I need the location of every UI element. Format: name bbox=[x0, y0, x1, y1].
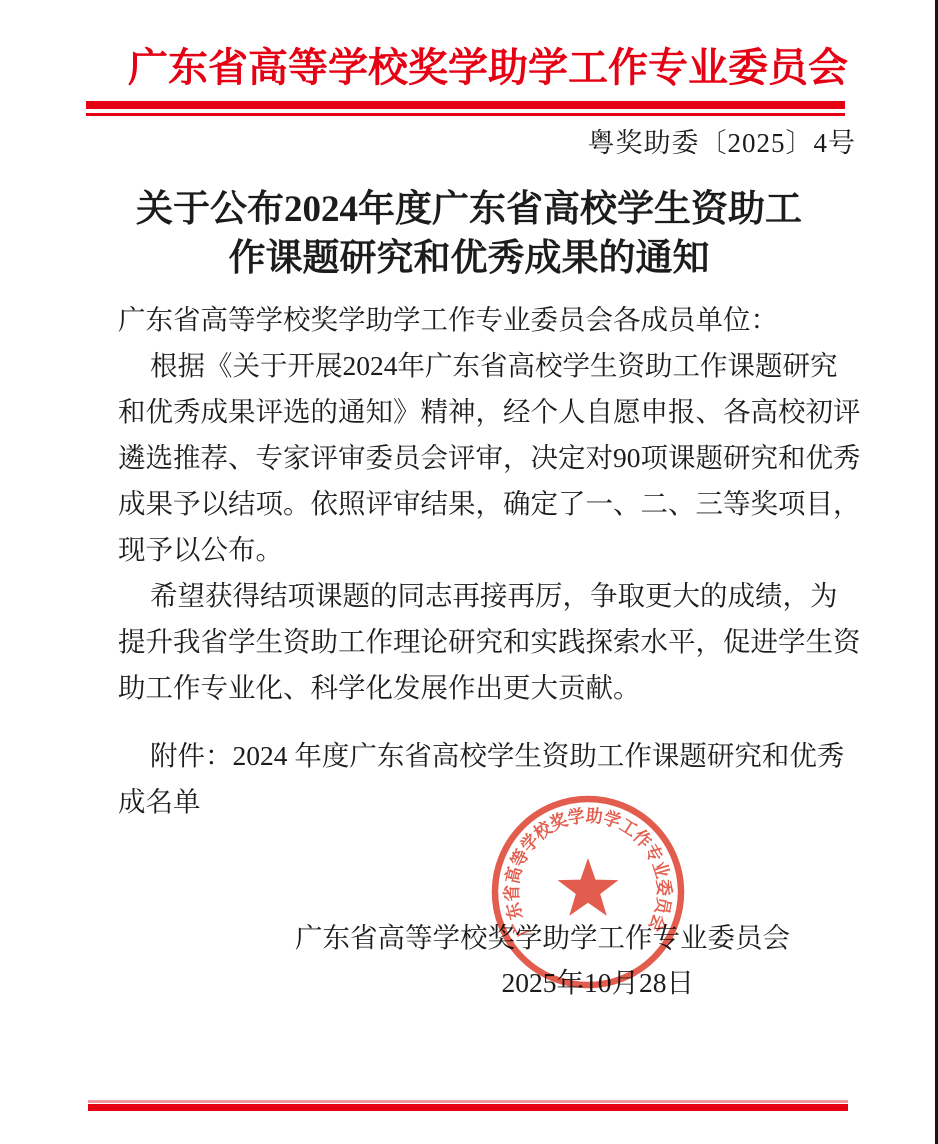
official-seal: 广东省高等学校奖学助学工作专业委员会 bbox=[483, 787, 693, 997]
star-icon bbox=[558, 858, 619, 916]
notice-title-line-1: 关于公布2024年度广东省高校学生资助工 bbox=[0, 185, 938, 234]
attachment-line: 附件：2024 年度广东省高校学生资助工作课题研究和优秀 bbox=[118, 733, 860, 779]
body-line: 和优秀成果评选的通知》精神，经个人自愿申报、各高校初评 bbox=[118, 389, 860, 435]
body-line: 根据《关于开展2024年广东省高校学生资助工作课题研究 bbox=[118, 343, 860, 389]
body-line: 助工作专业化、科学化发展作出更大贡献。 bbox=[118, 665, 860, 711]
document-page: 广东省高等学校奖学助学工作专业委员会 粤奖助委〔2025〕4号 关于公布2024… bbox=[0, 0, 938, 1144]
document-number: 粤奖助委〔2025〕4号 bbox=[588, 126, 857, 160]
masthead-rule-thin bbox=[86, 113, 845, 116]
notice-title-line-2: 作课题研究和优秀成果的通知 bbox=[0, 234, 938, 283]
salutation-line: 广东省高等学校奖学助学工作专业委员会各成员单位： bbox=[118, 297, 860, 343]
issuer-masthead: 广东省高等学校奖学助学工作专业委员会 bbox=[0, 42, 938, 94]
body-line: 提升我省学生资助工作理论研究和实践探索水平，促进学生资 bbox=[118, 619, 860, 665]
footer-rule-thin bbox=[88, 1100, 848, 1103]
body-line: 遴选推荐、专家评审委员会评审，决定对90项课题研究和优秀 bbox=[118, 435, 860, 481]
masthead-rule-thick bbox=[86, 101, 845, 109]
notice-title: 关于公布2024年度广东省高校学生资助工 作课题研究和优秀成果的通知 bbox=[0, 185, 938, 283]
body-line: 成果予以结项。依照评审结果，确定了一、二、三等奖项目， bbox=[118, 481, 860, 527]
body-line: 希望获得结项课题的同志再接再厉，争取更大的成绩，为 bbox=[118, 573, 860, 619]
footer-rule-thick bbox=[88, 1104, 848, 1111]
body-line: 现予以公布。 bbox=[118, 527, 860, 573]
body-text: 广东省高等学校奖学助学工作专业委员会各成员单位： 根据《关于开展2024年广东省… bbox=[118, 297, 860, 825]
